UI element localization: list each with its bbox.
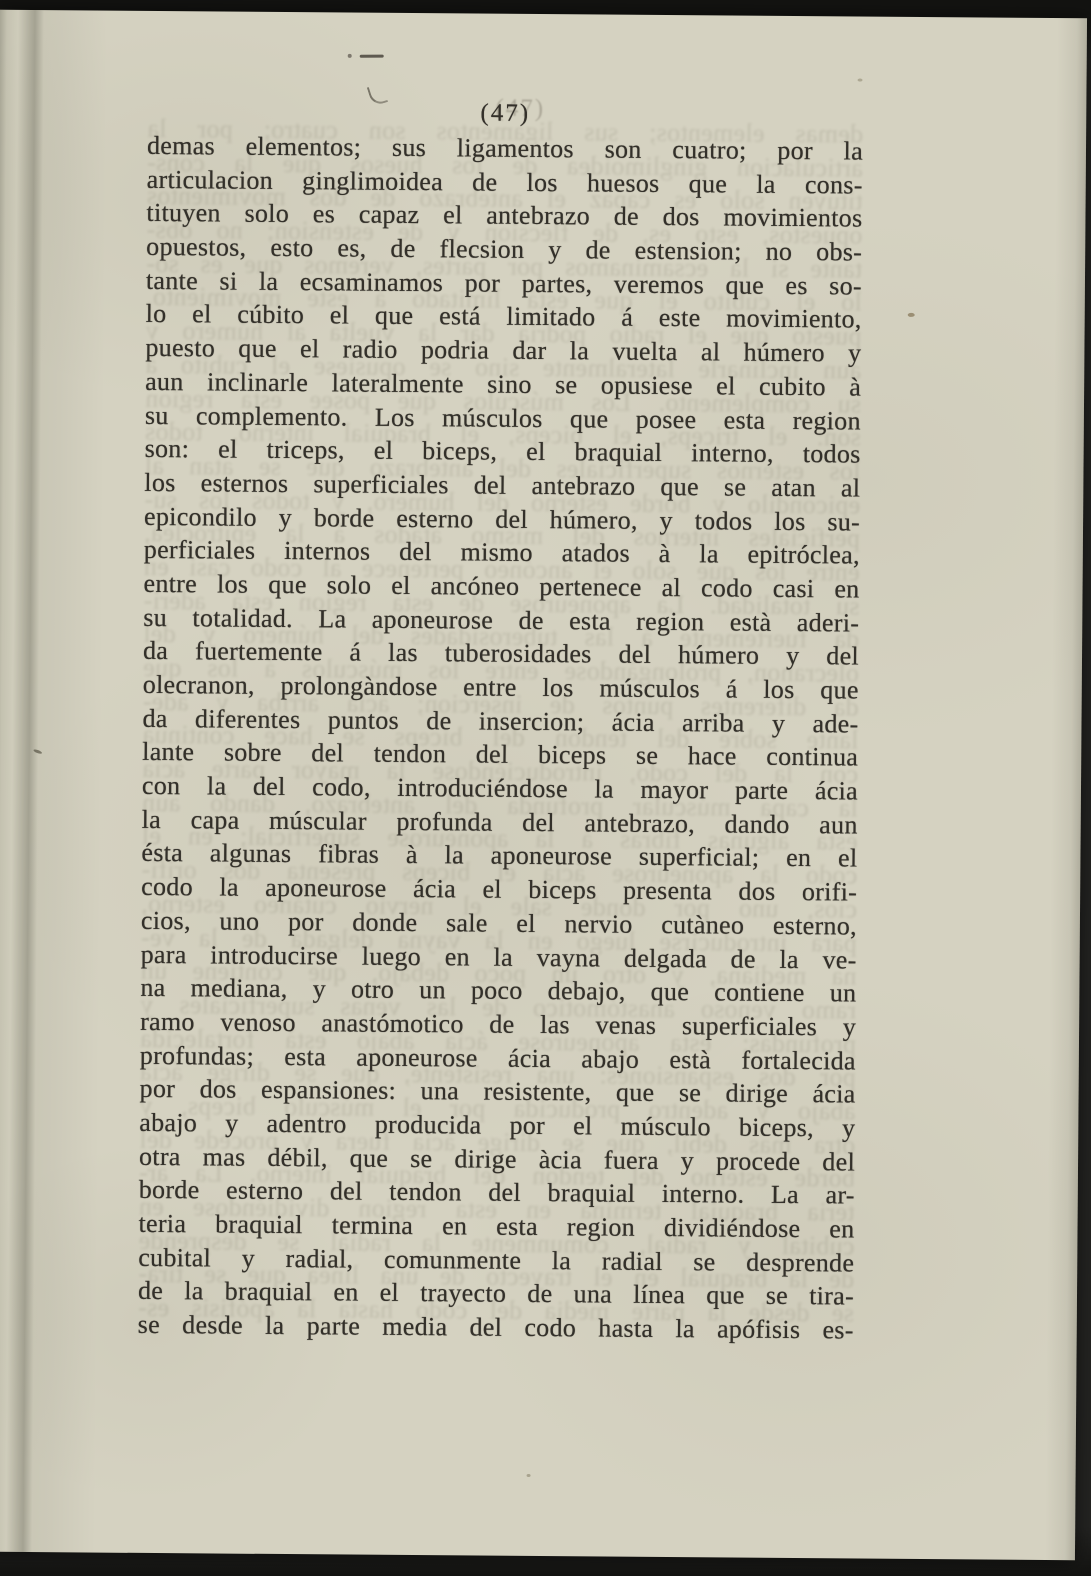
book-page: demas elementos; sus ligamentos son cuat… — [0, 10, 1087, 1561]
paper-speck — [527, 1474, 531, 1477]
text-line: codo la aponeurose ácia el biceps presen… — [141, 870, 857, 909]
paper-speck — [908, 313, 915, 317]
page-number: (47) — [147, 97, 863, 131]
body-text: demas elementos; sus ligamentos son cuat… — [138, 129, 864, 1347]
text-line: tituyen solo es capaz el antebrazo de do… — [146, 196, 862, 235]
text-line: olecranon, prolongàndose entre los múscu… — [143, 668, 859, 707]
text-line: se desde la parte media del codo hasta l… — [138, 1308, 854, 1347]
text-line: tante si la ecsaminamos por partes, vere… — [146, 264, 862, 303]
text-line: entre los que solo el ancóneo pertenece … — [143, 567, 859, 606]
text-line: son: el triceps, el biceps, el braquial … — [144, 432, 860, 471]
text-line: para introducirse luego en la vayna delg… — [141, 937, 857, 976]
page-right-edge-shadow — [1045, 18, 1087, 1560]
text-line: epicondilo y borde esterno del húmero, y… — [144, 499, 860, 538]
text-line: da fuertemente á las tuberosidades del h… — [143, 634, 859, 673]
text-line: articulacion ginglimoidea de los huesos … — [147, 163, 863, 202]
page-gutter-fold — [0, 10, 108, 1553]
text-line: demas elementos; sus ligamentos son cuat… — [147, 129, 863, 168]
text-line: por dos espansiones: una resistente, que… — [139, 1072, 855, 1111]
text-line: de la braquial en el trayecto de una lín… — [138, 1274, 854, 1313]
scan-background: demas elementos; sus ligamentos son cuat… — [0, 0, 1091, 1576]
text-line: los esternos superficiales del antebrazo… — [144, 466, 860, 505]
text-line: la capa múscular profunda del antebrazo,… — [142, 803, 858, 842]
text-line: perficiales internos del mismo atados à … — [144, 533, 860, 572]
text-line: cios, uno por donde sale el nervio cutàn… — [141, 904, 857, 943]
text-line: ramo venoso anastómotico de las venas su… — [140, 1005, 856, 1044]
text-line: opuestos, esto es, de flecsion y de este… — [146, 230, 862, 269]
text-line: na mediana, y otro un poco debajo, que c… — [140, 971, 856, 1010]
text-line: con la del codo, introduciéndose la mayo… — [142, 769, 858, 808]
text-line: profundas; esta aponeurose ácia abajo es… — [140, 1038, 856, 1077]
text-line: su complemento. Los músculos que posee e… — [145, 398, 861, 437]
text-line: teria braquial termina en esta region di… — [138, 1207, 854, 1246]
text-line: puesto que el radio podria dar la vuelta… — [145, 331, 861, 370]
text-line: borde esterno del tendon del braquial in… — [139, 1173, 855, 1212]
text-line: da diferentes puntos de insercion; ácia … — [142, 702, 858, 741]
stray-dash-mark — [360, 55, 384, 58]
paper-speck — [33, 749, 42, 755]
text-line: su totalidad. La aponeurose de esta regi… — [143, 601, 859, 640]
paper-speck — [858, 78, 863, 81]
text-line: ésta algunas fibras à la aponeurose supe… — [141, 836, 857, 875]
text-line: aun inclinarle lateralmente sino se opus… — [145, 365, 861, 404]
text-line: cubital y radial, comunmente la radial s… — [138, 1241, 854, 1280]
text-line: otra mas débil, que se dirige àcia fuera… — [139, 1140, 855, 1179]
text-line: abajo y adentro producida por el músculo… — [139, 1106, 855, 1145]
text-line: lante sobre del tendon del biceps se hac… — [142, 735, 858, 774]
text-line: lo el cúbito el que está limitado á este… — [146, 297, 862, 336]
